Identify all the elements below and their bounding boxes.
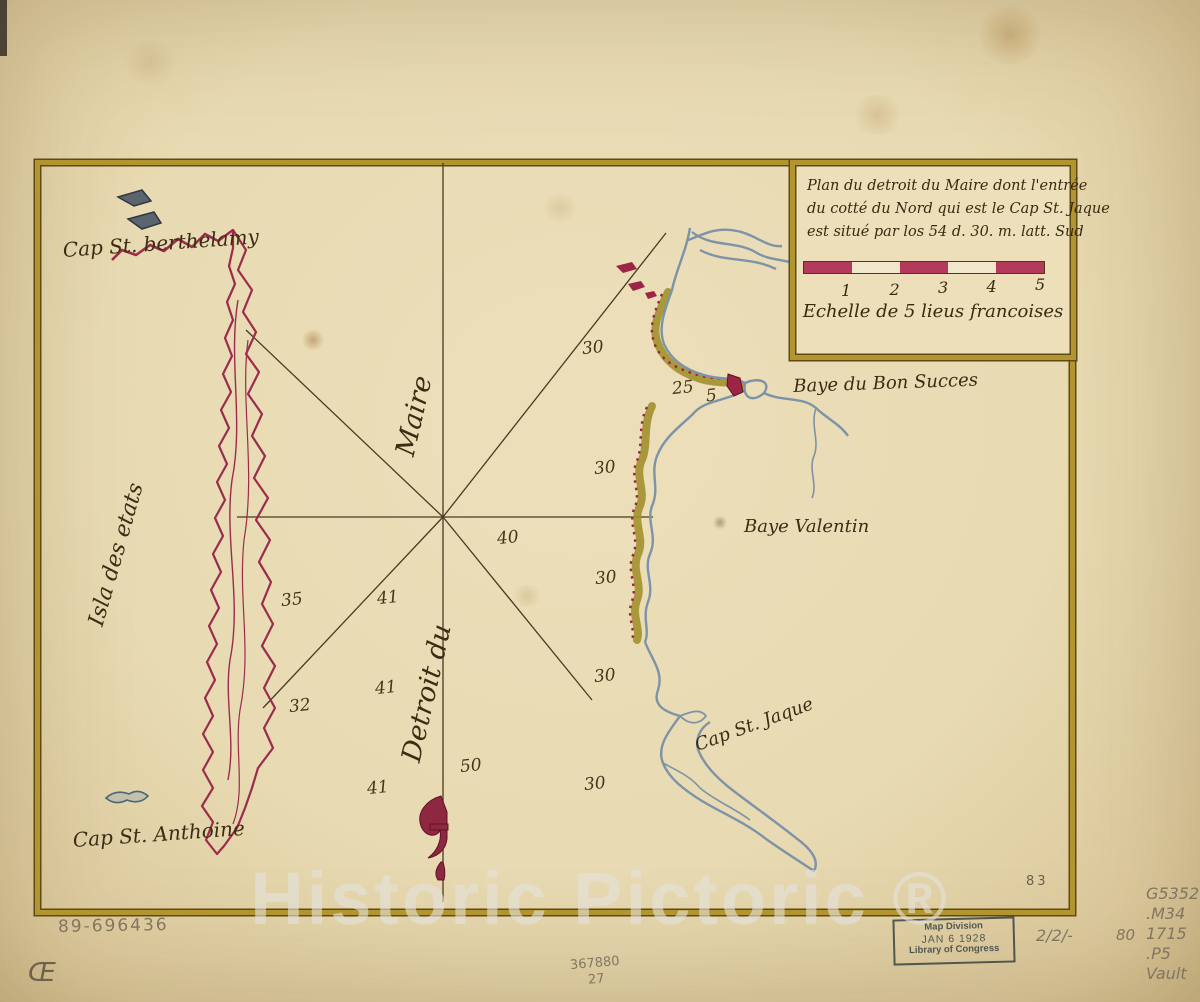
scale-segment	[852, 262, 900, 273]
scale-segment	[996, 262, 1044, 273]
sounding-value: 30	[581, 337, 605, 359]
call-number: G5352.M341715.P5Vault	[1146, 884, 1199, 984]
cartouche-title-line3: est situé par los 54 d. 30. m. latt. Sud	[807, 221, 1061, 244]
sounding-value: 40	[496, 527, 520, 549]
sounding-value: 30	[594, 567, 618, 589]
scale-bar	[803, 261, 1045, 274]
pencil-80: 80	[1116, 926, 1135, 944]
plate-number: 83	[1026, 874, 1049, 889]
scale-number: 2	[890, 280, 900, 299]
scale-number: 5	[1035, 275, 1045, 294]
scale-caption: Echelle de 5 lieus francoises	[795, 301, 1071, 322]
sounding-value: 30	[583, 773, 607, 795]
title-cartouche: Plan du detroit du Maire dont l'entrée d…	[790, 160, 1076, 360]
cartouche-title-line2: du cotté du Nord qui est le Cap St. Jaqu…	[807, 198, 1061, 221]
scanned-map-page: Plan du detroit du Maire dont l'entrée d…	[0, 0, 1200, 1002]
negative-sub-number: 27	[587, 971, 605, 987]
fleur-de-lis-icon	[420, 796, 448, 880]
sounding-value: 41	[376, 587, 400, 609]
sounding-value: 35	[280, 589, 304, 611]
isla-des-etats-coastline	[112, 230, 275, 854]
call-number-line: .M34	[1146, 904, 1199, 924]
scale-segment	[804, 262, 852, 273]
call-number-line: .P5	[1146, 944, 1199, 964]
sounding-value: 50	[459, 755, 483, 777]
call-number-line: Vault	[1146, 964, 1199, 984]
scale-number: 4	[987, 277, 997, 296]
cartouche-title-line1: Plan du detroit du Maire dont l'entrée	[807, 175, 1061, 198]
sounding-value: 41	[374, 677, 398, 699]
reef-hatching	[630, 294, 740, 640]
scale-number: 1	[841, 281, 851, 300]
scale-segment	[900, 262, 948, 273]
sounding-value: 25	[671, 377, 695, 399]
call-number-line: G5352	[1146, 884, 1199, 904]
label-baye-valentin: Baye Valentin	[744, 516, 869, 537]
scale-segment	[948, 262, 996, 273]
call-number-line: 1715	[1146, 924, 1199, 944]
sounding-value: 32	[288, 695, 312, 717]
date-fraction: 2/2/-	[1036, 926, 1073, 945]
cartouche-title: Plan du detroit du Maire dont l'entrée d…	[795, 165, 1071, 245]
stamp-line3: Library of Congress	[895, 943, 1013, 957]
sounding-value: 5	[705, 385, 718, 406]
sounding-value: 30	[593, 457, 617, 479]
library-of-congress-stamp: Map Division JAN 6 1928 Library of Congr…	[892, 916, 1015, 965]
sounding-value: 41	[366, 777, 390, 799]
scale-number: 3	[938, 278, 948, 297]
sounding-value: 30	[593, 665, 617, 687]
catalog-number: 89-696436	[58, 915, 169, 937]
map-linework	[0, 0, 1200, 1002]
scale-numbers: 12345	[803, 277, 1049, 297]
collector-monogram: Œ	[28, 958, 56, 988]
